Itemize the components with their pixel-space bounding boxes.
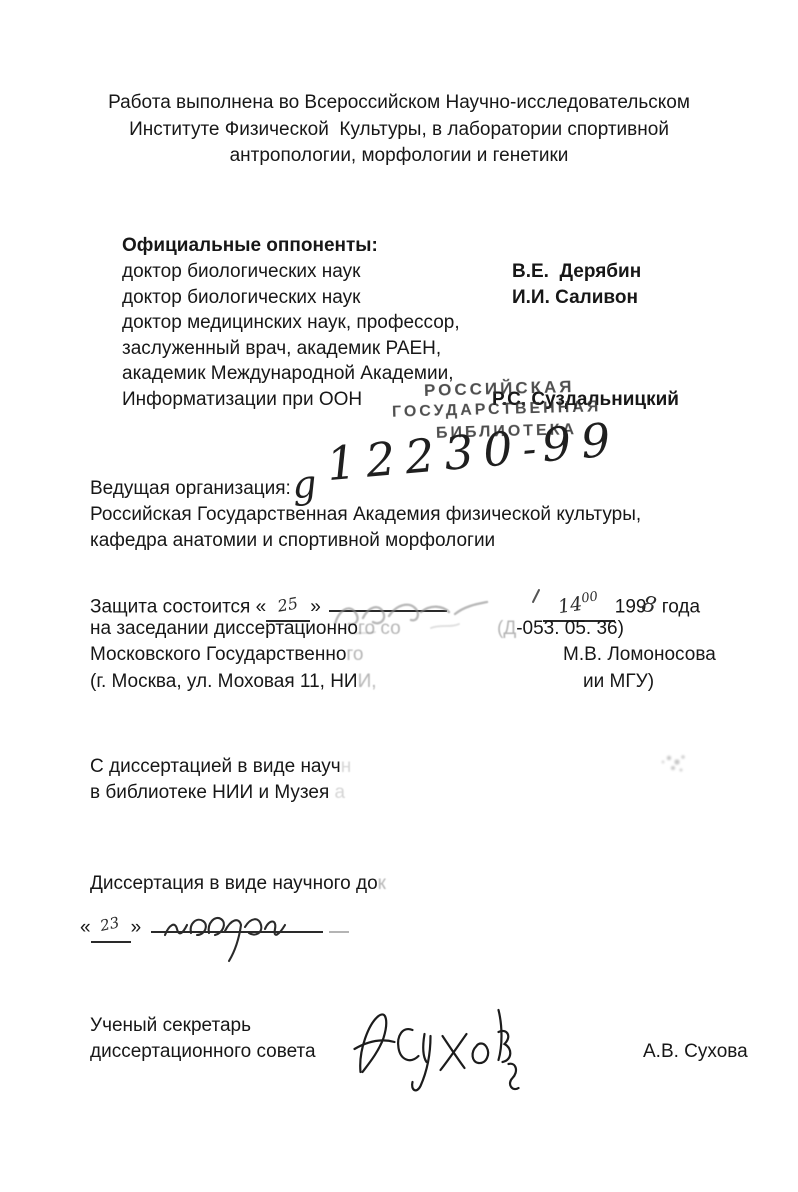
defense-line-4-text: (г. Москва, ул. Моховая 11, НИ (90, 671, 358, 692)
leading-org-line-2: кафедра анатомии и спортивной морфологии (90, 528, 495, 554)
defense-line-3-left: Московского Государственного (90, 642, 364, 668)
accession-digits: 12230 (324, 420, 524, 491)
defense-year-suffix: года (656, 596, 700, 617)
defense-council-code-faded: (Д (497, 618, 516, 639)
opponents-title: Официальные оппоненты: (122, 233, 378, 259)
underline-remnant (329, 931, 349, 933)
header-line-2: Институте Физической Культуры, в лаборат… (0, 117, 798, 143)
sending-day-blank: 23 (91, 915, 131, 943)
defense-line-1-pre: Защита состоится « (90, 596, 266, 617)
acquaintance-line-2-erased: а (329, 782, 345, 803)
defense-line-2-right: (Д-053. 05. 36) (497, 616, 624, 642)
accession-year: 99 (540, 412, 623, 473)
defense-month-blank (329, 610, 447, 612)
handwritten-sending-day: 23 (98, 909, 122, 938)
defense-line-1-quote-close: » (310, 596, 321, 617)
defense-line-4-left: (г. Москва, ул. Моховая 11, НИИ, (90, 669, 377, 695)
opponent-1-degree: доктор биологических наук (122, 259, 360, 285)
date-quote-open: « (80, 917, 91, 938)
secretary-title-line-2: диссертационного совета (90, 1039, 316, 1065)
defense-line-3-text: Московского Государственно (90, 644, 346, 665)
pen-tick (531, 588, 541, 604)
acquaintance-line-2-text: в библиотеке НИИ и Музея (90, 782, 329, 803)
accession-prefix: g (290, 461, 318, 507)
acquaintance-line-1: С диссертацией в виде научн (90, 754, 351, 780)
handwritten-time-minutes: 00 (581, 589, 599, 606)
scanned-document-page: Работа выполнена во Всероссийском Научно… (0, 0, 798, 1192)
defense-line-4-right: ии МГУ) (583, 669, 654, 695)
handwritten-month-scrawl (161, 905, 301, 963)
defense-line-3-erased: го (346, 644, 363, 665)
sending-line-erased: к (378, 873, 386, 894)
opponent-3-degree-line-3: академик Международной Академии, (122, 361, 453, 387)
handwritten-defense-time: 1400 (556, 584, 601, 620)
defense-line-2-left: на заседании диссертационного со (90, 616, 401, 642)
acquaintance-line-1-erased: н (341, 756, 352, 777)
defense-line-4-erased: И, (358, 671, 377, 692)
sending-line-text: Диссертация в виде научного до (90, 873, 378, 894)
leading-org-line-1: Российская Государственная Академия физи… (90, 502, 641, 528)
ink-smudge (655, 748, 699, 780)
sending-date-row: «23» (80, 915, 349, 943)
defense-line-2-erased: го со (358, 618, 401, 639)
acquaintance-line-1-text: С диссертацией в виде науч (90, 756, 341, 777)
defense-council-code: -053. 05. 36) (516, 618, 624, 639)
library-stamp-line-1: РОССИЙСКАЯ (424, 377, 575, 401)
header-line-3: антропологии, морфологии и генетики (0, 143, 798, 169)
secretary-name: А.В. Сухова (643, 1039, 748, 1065)
sending-month-blank (151, 931, 323, 933)
opponent-3-degree-line-4: Информатизации при ООН (122, 387, 362, 413)
date-quote-close: » (131, 917, 142, 938)
opponent-3-degree-line-2: заслуженный врач, академик РАЕН, (122, 336, 441, 362)
opponent-3-degree-line-1: доктор медицинских наук, профессор, (122, 310, 460, 336)
leading-org-title: Ведущая организация: (90, 476, 291, 502)
opponent-1-name: В.Е. Дерябин (512, 259, 641, 285)
opponent-2-degree: доктор биологических наук (122, 285, 360, 311)
defense-line-2-text: на заседании диссертационно (90, 618, 358, 639)
acquaintance-line-2: в библиотеке НИИ и Музея а (90, 780, 345, 806)
opponent-2-name: И.И. Саливон (512, 285, 638, 311)
sending-line: Диссертация в виде научного док (90, 871, 386, 897)
secretary-signature (348, 1002, 528, 1097)
header-line-1: Работа выполнена во Всероссийском Научно… (0, 90, 798, 116)
secretary-title-line-1: Ученый секретарь (90, 1013, 251, 1039)
defense-line-3-right: М.В. Ломоносова (563, 642, 716, 668)
